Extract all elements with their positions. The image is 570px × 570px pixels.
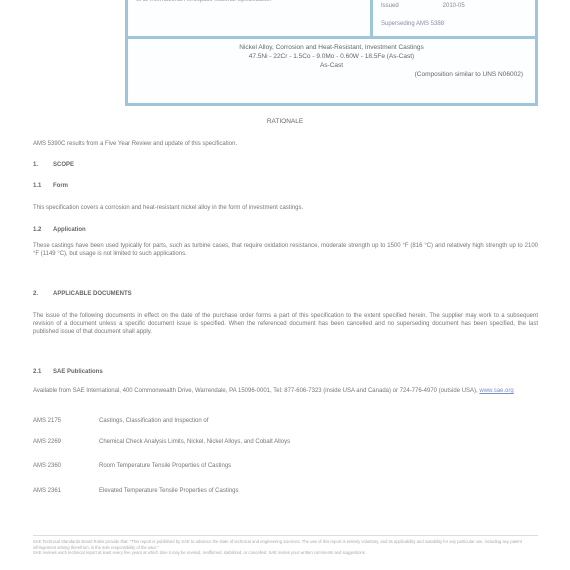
section-1-2-heading: 1.2Application [33,226,538,234]
reference-item: AMS 2269Chemical Check Analysis Limits, … [33,438,538,446]
issued-label: Issued [381,3,441,9]
title-line-1: Nickel Alloy, Corrosion and Heat-Resista… [128,43,535,52]
section-2-heading: 2.APPLICABLE DOCUMENTS [33,290,538,298]
footer-line-2: SAE reviews each technical report at lea… [33,550,538,556]
section-1-1-heading: 1.1Form [33,182,538,190]
section-2-1-text: Available from SAE International, 400 Co… [33,387,538,395]
header-org-text: SAE International Aerospace Material Spe… [136,0,271,3]
header-divider [128,36,535,39]
title-line-3: As-Cast [128,61,535,70]
section-1-1-text: This specification covers a corrosion an… [33,204,538,212]
rationale-heading: RATIONALE [0,118,570,125]
issued-value: 2010-05 [443,3,465,9]
section-1-heading: 1.SCOPE [33,161,538,169]
rationale-text: AMS 5390C results from a Five Year Revie… [33,140,538,148]
reference-item: AMS 2175Castings, Classification and Ins… [33,417,538,425]
spec-header-box: SAE International Aerospace Material Spe… [125,0,538,106]
footer-line-1: SAE Technical Standards Board Rules prov… [33,539,538,550]
superseding-row: Superseding AMS 5388 [381,21,444,27]
reference-item: AMS 2360Room Temperature Tensile Propert… [33,462,538,470]
reference-item: AMS 2361Elevated Temperature Tensile Pro… [33,487,538,495]
header-meta-panel: Issued 2010-05 Superseding AMS 5388 [370,0,535,36]
title-line-2: 47.5Ni - 22Cr - 1.5Co - 9.0Mo - 0.60W - … [128,52,535,61]
composition-note: (Composition similar to UNS N06002) [128,70,535,79]
spec-title: Nickel Alloy, Corrosion and Heat-Resista… [128,43,535,79]
section-1-2-text: These castings have been used typically … [33,242,538,258]
section-2-text: The issue of the following documents in … [33,312,538,336]
legal-footer: SAE Technical Standards Board Rules prov… [33,535,538,556]
section-2-1-heading: 2.1SAE Publications [33,368,538,376]
sae-website-link[interactable]: www.sae.org [479,388,513,394]
issued-row: Issued 2010-05 [381,3,465,9]
header-top: SAE International Aerospace Material Spe… [128,0,535,39]
